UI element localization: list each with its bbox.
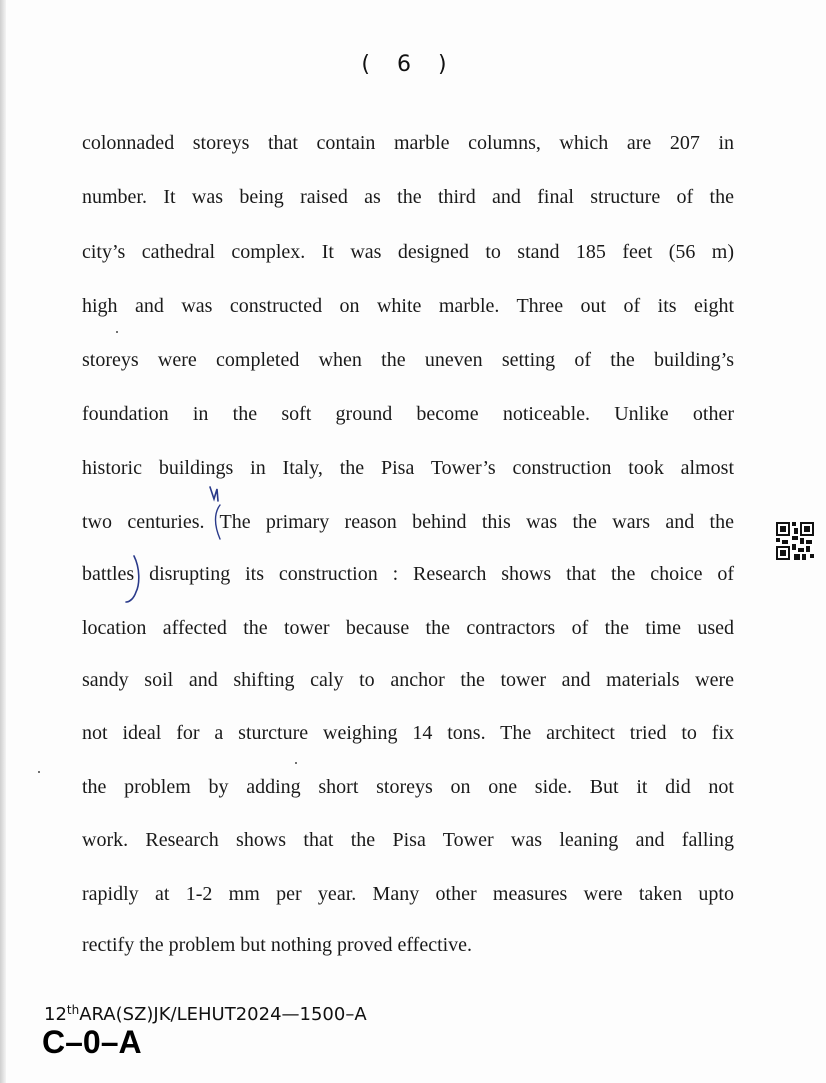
exam-code-suffix: ARA(SZ)JK/LEHUT2024—1500–A [79,1004,366,1025]
text-line: high and was constructed on white marble… [82,294,734,318]
text-line: battles disrupting its construction : Re… [82,562,734,586]
text-line: work. Research shows that the Pisa Tower… [82,828,734,852]
text-line: not ideal for a sturcture weighing 14 to… [82,721,734,745]
page-number-value: 6 [397,52,413,77]
page-number-open-paren: ( [361,52,372,77]
scan-speck [116,331,118,333]
text-line: rapidly at 1-2 mm per year. Many other m… [82,882,734,906]
text-line: foundation in the soft ground become not… [82,402,734,426]
page-number-close-paren: ) [438,52,449,77]
text-line: sandy soil and shifting caly to anchor t… [82,668,734,692]
exam-code: 12thARA(SZ)JK/LEHUT2024—1500–A [44,1003,367,1025]
text-line: city’s cathedral complex. It was designe… [82,240,734,264]
scan-speck [295,762,297,764]
scan-edge-shadow [0,0,6,1083]
text-line: two centuries. The primary reason behind… [82,510,734,534]
handwritten-caret-mark [208,485,228,541]
handwritten-bracket-mark [124,554,144,604]
exam-code-superscript: th [67,1003,79,1017]
text-line: number. It was being raised as the third… [82,185,734,209]
text-line: historic buildings in Italy, the Pisa To… [82,456,734,480]
scan-speck [38,771,40,773]
series-code: C–0–A [42,1024,142,1061]
page-number: ( 6 ) [0,52,810,77]
text-line: rectify the problem but nothing proved e… [82,933,734,957]
exam-code-prefix: 12 [44,1004,67,1025]
text-line: colonnaded storeys that contain marble c… [82,131,734,155]
text-line: location affected the tower because the … [82,616,734,640]
text-line: storeys were completed when the uneven s… [82,348,734,372]
text-line: the problem by adding short storeys on o… [82,775,734,799]
qr-code-icon [776,522,814,560]
